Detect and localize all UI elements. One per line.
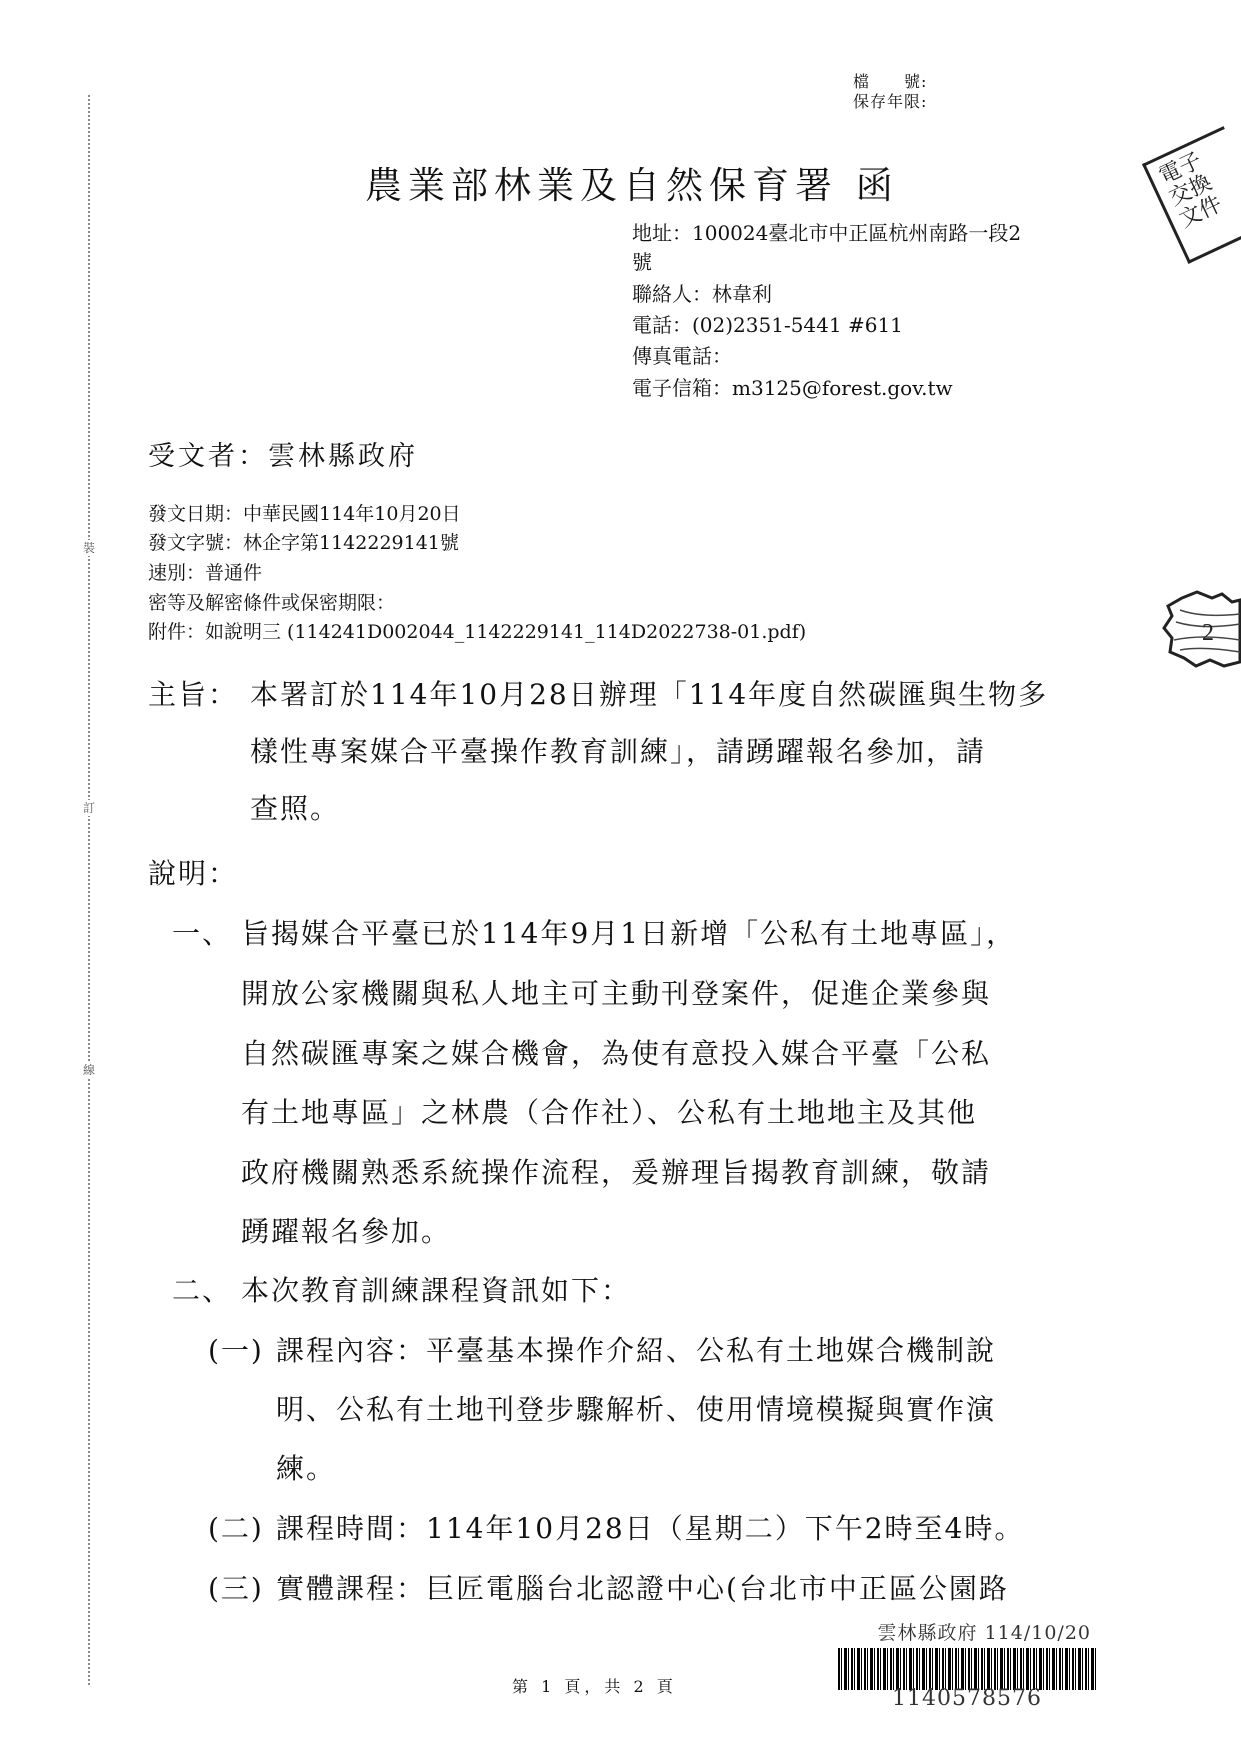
sub-item-1-marker: (一) [208,1322,264,1379]
binding-margin-line [88,95,90,1685]
sub-item-3-marker: (三) [208,1560,264,1617]
subject-line-2: 樣性專案媒合平臺操作教育訓練」，請踴躍報名參加，請 [250,723,986,780]
electronic-exchange-stamp: 電子交換文件 [1142,126,1241,264]
sub-item-1-line-2: 明、公私有土地刊登步驟解析、使用情境模擬與實作演 [276,1381,996,1438]
document-number: 發文字號：林企字第1142229141號 [148,530,459,556]
item-1-marker: 一、 [172,905,232,962]
attachment-link[interactable]: 附件：如說明三 (114241D002044_1142229141_114D20… [148,619,806,645]
seal-stamp-icon: 2 [1162,590,1241,670]
item-1-line-1: 旨揭媒合平臺已於114年9月1日新增「公私有土地專區」， [241,905,1016,962]
recipient: 受文者：雲林縣政府 [148,434,418,473]
page-indicator: 第 1 頁，共 2 頁 [512,1674,677,1697]
address-line-1: 地址：100024臺北市中正區杭州南路一段2 [632,219,1021,248]
binding-mark-staple: 訂 [80,800,98,816]
barcode-number: 1140578576 [838,1686,1096,1711]
agency-title: 農業部林業及自然保育署 函 [365,155,899,209]
sub-item-1-line-3: 練。 [276,1440,336,1497]
subject-line-3: 查照。 [250,780,340,837]
item-1-line-2: 開放公家機關與私人地主可主動刊登案件，促進企業參與 [241,965,991,1022]
barcode-icon [838,1648,1096,1690]
item-1-line-3: 自然碳匯專案之媒合機會，為使有意投入媒合平臺「公私 [241,1025,991,1082]
binding-mark-bind: 裝 [80,540,98,556]
address-line-2: 號 [632,248,652,277]
subject-label: 主旨： [148,666,238,723]
binding-mark-line: 線 [80,1062,98,1078]
subject-line-1: 本署訂於114年10月28日辦理「114年度自然碳匯與生物多 [250,666,1048,723]
svg-text:2: 2 [1202,620,1214,646]
file-number-label: 檔 號: [853,72,927,92]
item-2-marker: 二、 [172,1262,232,1319]
item-1-line-4: 有土地專區」之林農（合作社）、公私有土地地主及其他 [241,1084,977,1141]
item-1-line-5: 政府機關熟悉系統操作流程，爰辦理旨揭教育訓練，敬請 [241,1144,991,1201]
delivery-speed: 速別：普通件 [148,560,262,586]
electronic-stamp-text: 電子交換文件 [1156,142,1241,233]
issue-date: 發文日期：中華民國114年10月20日 [148,501,461,527]
sub-item-3-text: 實體課程：巨匠電腦台北認證中心(台北市中正區公園路 [276,1560,1009,1617]
email-address: 電子信箱：m3125@forest.gov.tw [632,374,953,403]
retention-period-label: 保存年限: [853,92,927,112]
phone-number: 電話：(02)2351-5441 #611 [632,311,903,340]
explanation-label: 說明： [148,845,238,902]
fax-number: 傳真電話： [632,342,732,371]
security-level: 密等及解密條件或保密期限： [148,590,395,616]
sub-item-2-text: 課程時間：114年10月28日（星期二）下午2時至4時。 [276,1500,1024,1557]
sub-item-1-line-1: 課程內容：平臺基本操作介紹、公私有土地媒合機制說 [276,1322,996,1379]
receipt-barcode-block: 雲林縣政府 114/10/20 1140578576 [838,1618,1098,1711]
item-1-line-6: 踴躍報名參加。 [241,1203,451,1260]
contact-person: 聯絡人：林韋利 [632,280,772,309]
item-2-text: 本次教育訓練課程資訊如下： [241,1262,631,1319]
sub-item-2-marker: (二) [208,1500,264,1557]
receipt-label: 雲林縣政府 114/10/20 [838,1618,1091,1645]
seal-stamp: 2 [1162,590,1232,670]
